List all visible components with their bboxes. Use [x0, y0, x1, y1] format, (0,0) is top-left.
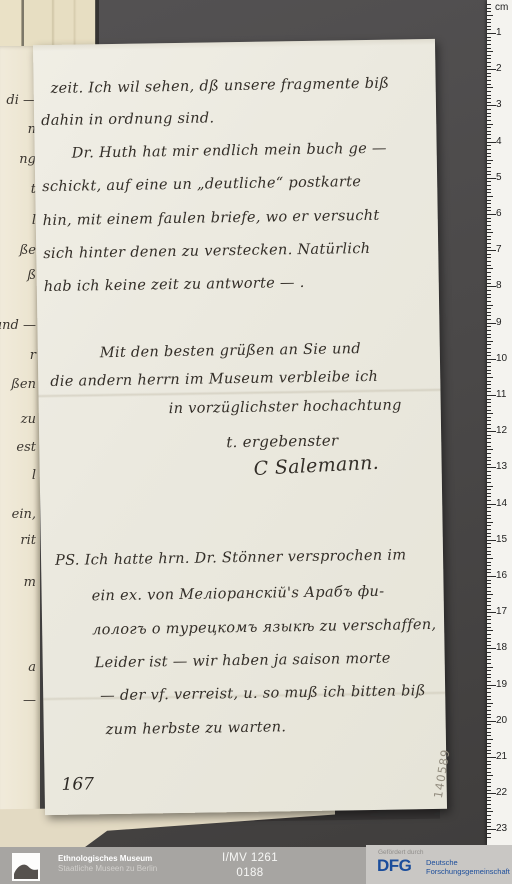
- ruler-tick: [487, 583, 491, 584]
- ruler-tick: [487, 391, 491, 392]
- ruler-tick: [487, 699, 491, 700]
- ruler-tick: [487, 815, 491, 816]
- ruler-tick: [487, 196, 493, 197]
- ruler-tick: [487, 790, 491, 791]
- ruler-tick: [487, 105, 496, 106]
- letter-line: in vorzüglichster hochachtung: [169, 397, 402, 417]
- ruler-tick: [487, 406, 491, 407]
- ruler-tick: [487, 341, 493, 342]
- ruler-tick: [487, 84, 491, 85]
- ruler-tick: [487, 540, 496, 541]
- ruler-tick: [487, 312, 491, 313]
- handwriting-fragment: r: [30, 348, 36, 363]
- ruler-tick: [487, 605, 491, 606]
- ruler-tick: [487, 268, 493, 269]
- ruler-tick: [487, 181, 491, 182]
- letter-line: hab ich keine zeit zu antworte — .: [44, 275, 305, 295]
- ruler-tick: [487, 257, 491, 258]
- museum-logo: [12, 853, 40, 881]
- ruler-number: 22: [496, 787, 507, 798]
- ruler-tick: [487, 634, 491, 635]
- ruler: cm 1234567891011121314151617181920212223: [487, 0, 512, 845]
- ruler-number: 19: [496, 679, 507, 690]
- ruler-number: 4: [496, 136, 502, 147]
- ruler-tick: [487, 399, 491, 400]
- letter-line: PS. Ich hatte hrn. Dr. Stönner versproch…: [55, 547, 406, 569]
- ruler-tick: [487, 355, 491, 356]
- funding-panel: Gefördert durch DFG Deutsche Forschungsg…: [366, 845, 512, 884]
- ruler-tick: [487, 674, 491, 675]
- ruler-tick: [487, 402, 491, 403]
- ruler-tick: [487, 11, 491, 12]
- ruler-tick: [487, 44, 491, 45]
- ruler-tick: [487, 547, 491, 548]
- ruler-tick: [487, 772, 491, 773]
- ruler-tick: [487, 525, 491, 526]
- ruler-number: 10: [496, 353, 507, 364]
- ruler-tick: [487, 486, 493, 487]
- ruler-tick: [487, 131, 491, 132]
- ruler-tick: [487, 283, 491, 284]
- ruler-tick: [487, 58, 491, 59]
- ruler-tick: [487, 601, 491, 602]
- ruler-number: 13: [496, 461, 507, 472]
- ruler-tick: [487, 743, 491, 744]
- ruler-tick: [487, 779, 491, 780]
- ruler-tick: [487, 761, 491, 762]
- ruler-tick: [487, 178, 496, 179]
- ruler-tick: [487, 315, 491, 316]
- handwriting-fragment: ße: [20, 243, 36, 258]
- ruler-tick: [487, 51, 493, 52]
- ruler-tick: [487, 221, 491, 222]
- ruler-tick: [487, 533, 491, 534]
- ruler-tick: [487, 826, 491, 827]
- handwriting-fragment: est: [16, 440, 36, 455]
- ruler-tick: [487, 706, 491, 707]
- ruler-tick: [487, 69, 496, 70]
- ruler-tick: [487, 757, 496, 758]
- ruler-tick: [487, 247, 491, 248]
- ruler-tick: [487, 580, 491, 581]
- page-number-annotation: 167: [61, 774, 94, 795]
- ruler-tick: [487, 116, 491, 117]
- ruler-tick: [487, 829, 496, 830]
- ruler-number: 6: [496, 208, 502, 219]
- ruler-tick: [487, 334, 491, 335]
- ruler-tick: [487, 775, 493, 776]
- ruler-tick: [487, 308, 491, 309]
- ruler-tick: [487, 8, 491, 9]
- ruler-tick: [487, 688, 491, 689]
- ruler-tick: [487, 127, 491, 128]
- ruler-tick: [487, 185, 491, 186]
- ruler-tick: [487, 522, 493, 523]
- letter-page: zeit. Ich wil sehen, dß unsere fragmente…: [33, 39, 447, 815]
- ruler-tick: [487, 562, 491, 563]
- ruler-tick: [487, 543, 491, 544]
- ruler-tick: [487, 648, 496, 649]
- ruler-tick: [487, 576, 496, 577]
- letter-line: zum herbste zu warten.: [106, 719, 287, 738]
- ruler-tick: [487, 591, 491, 592]
- ruler-number: 3: [496, 99, 502, 110]
- ruler-tick: [487, 286, 496, 287]
- ruler-tick: [487, 192, 491, 193]
- paper-edge-strip: [0, 0, 22, 50]
- ruler-tick: [487, 446, 491, 447]
- ruler-tick: [487, 142, 496, 143]
- ruler-tick: [487, 728, 491, 729]
- ruler-number: 2: [496, 63, 502, 74]
- ruler-tick: [487, 113, 491, 114]
- funder-name: Deutsche Forschungsgemeinschaft: [426, 858, 510, 876]
- funding-label: Gefördert durch: [378, 849, 424, 856]
- letter-line: Mit den besten grüßen an Sie und: [100, 341, 361, 361]
- ruler-tick: [487, 229, 491, 230]
- object-identifiers: I/MV 1261 0188: [150, 852, 350, 879]
- ruler-number: 11: [496, 389, 506, 400]
- ruler-tick: [487, 26, 491, 27]
- ruler-tick: [487, 482, 491, 483]
- ruler-tick: [487, 420, 491, 421]
- ruler-number: 8: [496, 280, 502, 291]
- ruler-number: 9: [496, 317, 502, 328]
- ruler-tick: [487, 619, 491, 620]
- ruler-tick: [487, 800, 491, 801]
- ruler-tick: [487, 714, 491, 715]
- paper-edge-strip: [24, 0, 96, 47]
- ruler-tick: [487, 171, 491, 172]
- ruler-tick: [487, 207, 491, 208]
- ruler-tick: [487, 536, 491, 537]
- ruler-tick: [487, 667, 493, 668]
- ruler-tick: [487, 471, 491, 472]
- ruler-tick: [487, 478, 491, 479]
- handwriting-fragment: m: [24, 575, 36, 590]
- ruler-tick: [487, 225, 491, 226]
- ruler-tick: [487, 587, 491, 588]
- ruler-tick: [487, 833, 491, 834]
- ruler-tick: [487, 167, 491, 168]
- ruler-number: 17: [496, 606, 507, 617]
- ruler-tick: [487, 504, 496, 505]
- letter-line: — der vf. verreist, u. so muß ich bitten…: [100, 683, 426, 704]
- object-id: I/MV 1261: [150, 852, 350, 864]
- ruler-tick: [487, 200, 491, 201]
- ruler-number: 18: [496, 642, 507, 653]
- ruler-tick: [487, 330, 491, 331]
- ruler-tick: [487, 19, 491, 20]
- ruler-tick: [487, 493, 491, 494]
- ruler-tick: [487, 735, 491, 736]
- handwriting-fragment: ßen: [11, 377, 36, 392]
- ruler-tick: [487, 659, 491, 660]
- ruler-tick: [487, 66, 491, 67]
- handwriting-fragment: zu: [21, 412, 36, 427]
- ruler-tick: [487, 616, 491, 617]
- ruler-number: 5: [496, 172, 502, 183]
- ruler-tick: [487, 431, 496, 432]
- ruler-tick: [487, 149, 491, 150]
- ruler-tick: [487, 609, 491, 610]
- ruler-tick: [487, 33, 496, 34]
- letter-line: schickt, auf eine un „deutliche“ postkar…: [42, 174, 361, 195]
- ruler-tick: [487, 153, 491, 154]
- ruler-number: 21: [496, 751, 507, 762]
- ruler-tick: [487, 428, 491, 429]
- ruler-tick: [487, 272, 491, 273]
- ruler-tick: [487, 98, 491, 99]
- ruler-tick: [487, 681, 491, 682]
- letter-line: Leider ist — wir haben ja saison morte: [95, 651, 391, 672]
- ruler-tick: [487, 95, 491, 96]
- ruler-tick: [487, 301, 491, 302]
- letter-line: лологъ о турецкомъ языкѣ zu verschaffen,: [92, 617, 436, 638]
- ruler-tick: [487, 276, 491, 277]
- ruler-tick: [487, 529, 491, 530]
- ruler-tick: [487, 782, 491, 783]
- ruler-tick: [487, 323, 496, 324]
- ruler-unit-label: cm: [495, 2, 508, 13]
- ruler-tick: [487, 598, 491, 599]
- ruler-tick: [487, 348, 491, 349]
- ruler-number: 23: [496, 823, 507, 834]
- handwriting-fragment: —: [23, 693, 36, 708]
- ruler-tick: [487, 554, 491, 555]
- ruler-tick: [487, 500, 491, 501]
- ruler-tick: [487, 551, 491, 552]
- ruler-tick: [487, 290, 491, 291]
- ruler-tick: [487, 750, 491, 751]
- ruler-tick: [487, 40, 491, 41]
- letter-line: ein ex. von Меліоранскій's Арабъ фи-: [92, 584, 385, 605]
- handwriting-fragment: l: [32, 468, 36, 483]
- ruler-tick: [487, 641, 491, 642]
- museum-subtitle: Staatliche Museen zu Berlin: [58, 864, 157, 873]
- ruler-tick: [487, 326, 491, 327]
- ruler-tick: [487, 395, 496, 396]
- funder-name-line2: Forschungsgemeinschaft: [426, 867, 510, 876]
- ruler-tick: [487, 623, 491, 624]
- letter-closing: t. ergebenster: [226, 431, 338, 451]
- ruler-tick: [487, 822, 491, 823]
- ruler-number: 12: [496, 425, 507, 436]
- ruler-tick: [487, 210, 491, 211]
- ruler-tick: [487, 156, 491, 157]
- ruler-tick: [487, 804, 491, 805]
- handwriting-fragment: rit: [20, 533, 36, 548]
- ruler-tick: [487, 435, 491, 436]
- eagle-icon: [12, 853, 40, 881]
- ruler-tick: [487, 236, 491, 237]
- ruler-number: 14: [496, 498, 507, 509]
- ruler-tick: [487, 717, 491, 718]
- ruler-number: 1: [496, 27, 502, 38]
- ruler-tick: [487, 218, 491, 219]
- ruler-tick: [487, 721, 496, 722]
- ruler-tick: [487, 297, 491, 298]
- letter-line: Dr. Huth hat mir endlich mein buch ge —: [72, 141, 387, 162]
- ruler-tick: [487, 413, 493, 414]
- ruler-tick: [487, 645, 491, 646]
- museum-name: Ethnologisches Museum: [58, 854, 152, 863]
- ruler-number: 16: [496, 570, 507, 581]
- letter-line: die andern herrn im Museum verbleibe ich: [50, 369, 378, 390]
- ruler-tick: [487, 670, 491, 671]
- ruler-tick: [487, 449, 493, 450]
- ruler-tick: [487, 102, 491, 103]
- ruler-tick: [487, 808, 491, 809]
- ruler-tick: [487, 460, 491, 461]
- ruler-tick: [487, 685, 496, 686]
- ruler-tick: [487, 250, 496, 251]
- ruler-tick: [487, 91, 491, 92]
- ruler-tick: [487, 138, 491, 139]
- signature: C Salemann.: [253, 452, 379, 480]
- ruler-tick: [487, 594, 493, 595]
- ruler-tick: [487, 305, 493, 306]
- ruler-tick: [487, 4, 491, 5]
- ruler-tick: [487, 55, 491, 56]
- ruler-tick: [487, 80, 491, 81]
- ruler-tick: [487, 76, 491, 77]
- ruler-tick: [487, 22, 491, 23]
- ruler-number: 7: [496, 244, 502, 255]
- ruler-tick: [487, 87, 493, 88]
- ruler-tick: [487, 424, 491, 425]
- ruler-tick: [487, 381, 491, 382]
- ruler-tick: [487, 344, 491, 345]
- handwriting-fragment: und —: [0, 318, 36, 333]
- ruler-tick: [487, 160, 493, 161]
- ruler-tick: [487, 558, 493, 559]
- ruler-tick: [487, 764, 491, 765]
- ruler-tick: [487, 417, 491, 418]
- ruler-tick: [487, 703, 493, 704]
- ruler-tick: [487, 410, 491, 411]
- footer-bar: Ethnologisches Museum Staatliche Museen …: [0, 847, 512, 884]
- ruler-tick: [487, 453, 491, 454]
- handwriting-fragment: di —: [6, 93, 36, 108]
- ruler-tick: [487, 265, 491, 266]
- funder-name-line1: Deutsche: [426, 858, 510, 867]
- handwriting-fragment: ein,: [12, 507, 36, 522]
- ruler-number: 20: [496, 715, 507, 726]
- ruler-tick: [487, 515, 491, 516]
- ruler-tick: [487, 145, 491, 146]
- ruler-tick: [487, 352, 491, 353]
- ruler-tick: [487, 109, 491, 110]
- archive-scan-viewer: di —nngtlßeßund —rßenzuestlein,ritma—i. …: [0, 0, 512, 884]
- dfg-logo: DFG: [377, 856, 411, 876]
- ruler-tick: [487, 29, 491, 30]
- ruler-tick: [487, 692, 491, 693]
- ruler-tick: [487, 384, 491, 385]
- ruler-tick: [487, 457, 491, 458]
- ruler-tick: [487, 120, 491, 121]
- ruler-tick: [487, 612, 496, 613]
- ruler-tick: [487, 786, 491, 787]
- ruler-tick: [487, 511, 491, 512]
- ruler-tick: [487, 569, 491, 570]
- ruler-tick: [487, 239, 491, 240]
- ruler-tick: [487, 819, 491, 820]
- ruler-tick: [487, 279, 491, 280]
- ruler-tick: [487, 373, 491, 374]
- handwriting-fragment: a: [28, 660, 36, 675]
- ruler-tick: [487, 739, 493, 740]
- letter-line: hin, mit einem faulen briefe, wo er vers…: [43, 208, 380, 229]
- ruler-tick: [487, 724, 491, 725]
- ruler-tick: [487, 362, 491, 363]
- ruler-tick: [487, 370, 491, 371]
- ruler-tick: [487, 134, 491, 135]
- ruler-tick: [487, 638, 491, 639]
- ruler-tick: [487, 677, 491, 678]
- ruler-tick: [487, 467, 496, 468]
- ruler-tick: [487, 732, 491, 733]
- ruler-tick: [487, 627, 491, 628]
- ruler-tick: [487, 203, 491, 204]
- letter-line: sich hinter denen zu verstecken. Natürli…: [43, 241, 370, 262]
- ruler-tick: [487, 37, 491, 38]
- ruler-tick: [487, 438, 491, 439]
- ruler-tick: [487, 232, 493, 233]
- ruler-tick: [487, 73, 491, 74]
- ruler-tick: [487, 496, 491, 497]
- handwriting-fragment: ß: [27, 268, 36, 283]
- ruler-tick: [487, 753, 491, 754]
- ruler-tick: [487, 656, 491, 657]
- ruler-tick: [487, 15, 493, 16]
- ruler-tick: [487, 337, 491, 338]
- ruler-tick: [487, 48, 491, 49]
- ruler-tick: [487, 746, 491, 747]
- letter-line: dahin in ordnung sind.: [41, 110, 214, 129]
- ruler-number: 15: [496, 534, 507, 545]
- ruler-tick: [487, 572, 491, 573]
- ruler-tick: [487, 464, 491, 465]
- ruler-tick: [487, 174, 491, 175]
- ruler-tick: [487, 442, 491, 443]
- ruler-tick: [487, 189, 491, 190]
- ruler-tick: [487, 518, 491, 519]
- ruler-tick: [487, 837, 491, 838]
- ruler-tick: [487, 696, 491, 697]
- letter-line: zeit. Ich wil sehen, dß unsere fragmente…: [51, 76, 390, 97]
- ruler-tick: [487, 359, 496, 360]
- ruler-tick: [487, 163, 491, 164]
- ruler-tick: [487, 377, 493, 378]
- ruler-tick: [487, 652, 491, 653]
- paper-edge-shadow: [95, 0, 99, 45]
- ruler-tick: [487, 565, 491, 566]
- ruler-tick: [487, 811, 493, 812]
- ruler-tick: [487, 793, 496, 794]
- ruler-tick: [487, 388, 491, 389]
- ruler-tick: [487, 294, 491, 295]
- ruler-tick: [487, 254, 491, 255]
- ruler-tick: [487, 630, 493, 631]
- ruler-tick: [487, 710, 491, 711]
- ruler-tick: [487, 663, 491, 664]
- ruler-tick: [487, 214, 496, 215]
- ruler-tick: [487, 489, 491, 490]
- ruler-tick: [487, 124, 493, 125]
- ruler-tick: [487, 797, 491, 798]
- ruler-tick: [487, 475, 491, 476]
